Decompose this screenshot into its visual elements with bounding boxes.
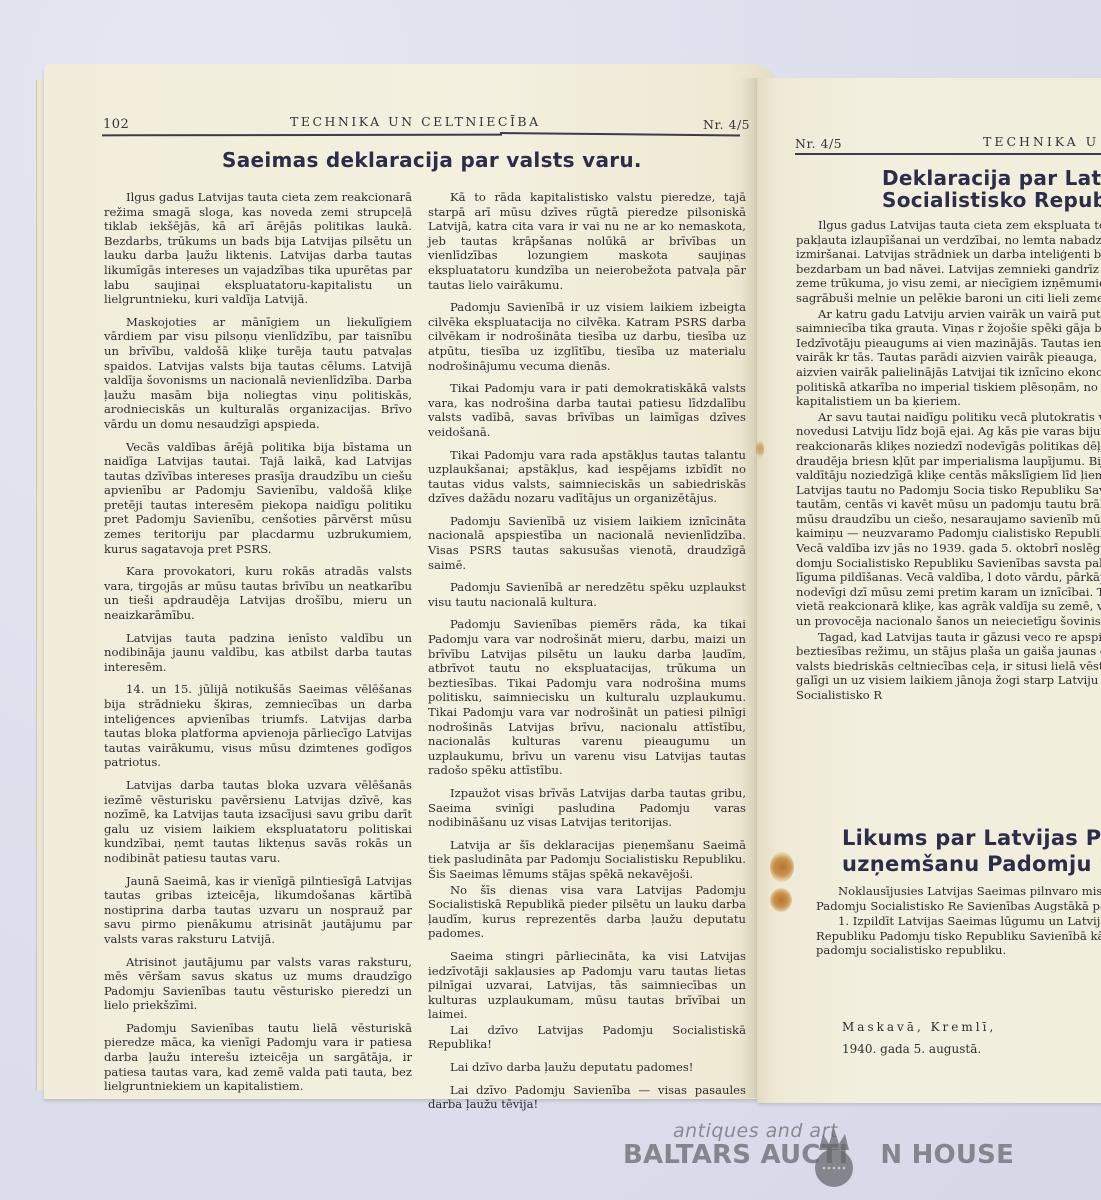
law-title-line-2: uzņemšanu Padomju S <box>842 852 1101 876</box>
rust-stain <box>756 440 764 458</box>
running-title: TECHNIKA UN CELTNIECĪBA <box>290 114 541 129</box>
article-title: Saeimas deklaracija par valsts varu. <box>222 148 642 172</box>
signature-date: 1940. gada 5. augustā. <box>842 1038 996 1060</box>
declaration-text: Ilgus gadus Latvijas tauta cieta zem eks… <box>796 218 1101 808</box>
paragraph: Lai dzīvo darba ļaužu deputatu padomes! <box>428 1060 746 1075</box>
law-title-line-1: Likums par Latvijas Pa <box>842 826 1101 850</box>
paragraph: Kara provokatori, kuru rokās atradās val… <box>104 564 412 622</box>
paragraph: Latvija ar šīs deklaracijas pieņemšanu S… <box>428 838 746 882</box>
article-column-1: Ilgus gadus Latvijas tauta cieta zem rea… <box>104 190 412 1102</box>
issue-number-right: Nr. 4/5 <box>795 136 842 151</box>
paragraph: Tagad, kad Latvijas tauta ir gāzusi veco… <box>796 630 1101 703</box>
rust-stain <box>770 852 794 882</box>
paragraph: Izpaužot visas brīvās Latvijas darba tau… <box>428 786 746 830</box>
running-title-right: TECHNIKA U <box>983 134 1099 149</box>
paragraph: Vecās valdības ārējā politika bija bīsta… <box>104 440 412 557</box>
paragraph: No šīs dienas visa vara Latvijas Padomju… <box>428 883 746 941</box>
paragraph: Saeima stingri pārliecināta, ka visi Lat… <box>428 949 746 1022</box>
paragraph: Noklausījusies Latvijas Saeimas pilnvaro… <box>816 884 1101 913</box>
paragraph: Tikai Padomju vara rada apstākļus tautas… <box>428 448 746 506</box>
paragraph: Jaunā Saeimā, kas ir vienīgā pilntiesīgā… <box>104 874 412 947</box>
paragraph: Padomju Savienībā ir uz visiem laikiem i… <box>428 300 746 373</box>
paragraph: Kā to rāda kapitalistisko valstu pieredz… <box>428 190 746 292</box>
article-column-2: Kā to rāda kapitalistisko valstu pieredz… <box>428 190 746 1120</box>
law-text: Noklausījusies Latvijas Saeimas pilnvaro… <box>816 884 1101 1004</box>
page-number: 102 <box>103 117 129 132</box>
paragraph: Padomju Savienības piemērs rāda, ka tika… <box>428 617 746 778</box>
declaration-title-line-1: Deklaracija par Latv <box>882 166 1101 190</box>
declaration-title-line-2: Socialistisko Republi <box>882 188 1101 212</box>
paragraph: Ilgus gadus Latvijas tauta cieta zem rea… <box>104 190 412 307</box>
paragraph: Ar katru gadu Latviju arvien vairāk un v… <box>796 307 1101 409</box>
header-rule-right <box>795 153 1101 155</box>
paragraph: 1. Izpildīt Latvijas Saeimas lūgumu un L… <box>816 914 1101 958</box>
paragraph: Atrisinot jautājumu par valsts varas rak… <box>104 955 412 1013</box>
paragraph: Lai dzīvo Latvijas Padomju Socialistiskā… <box>428 1023 746 1052</box>
signature-block: Maskavā, Kremlī, 1940. gada 5. augustā. <box>842 1016 996 1060</box>
paragraph: Lai dzīvo Padomju Savienība — visas pasa… <box>428 1083 746 1112</box>
paragraph: Latvijas tauta padzina ienīsto valdību u… <box>104 631 412 675</box>
paragraph: Padomju Savienībā ar neredzētu spēku uzp… <box>428 580 746 609</box>
paragraph: Ilgus gadus Latvijas tauta cieta zem eks… <box>796 218 1101 306</box>
paragraph: 14. un 15. jūlijā notikušās Saeimas vēlē… <box>104 682 412 770</box>
signature-place: Maskavā, Kremlī, <box>842 1016 996 1038</box>
paragraph: Ar savu tautai naidīgu politiku vecā plu… <box>796 410 1101 629</box>
paragraph: Tikai Padomju vara ir pati demokratiskāk… <box>428 381 746 439</box>
rust-stain <box>770 888 792 912</box>
paragraph: Latvijas darba tautas bloka uzvara vēlēš… <box>104 778 412 866</box>
paragraph: Padomju Savienības tautu lielā vēsturisk… <box>104 1021 412 1094</box>
paragraph: Padomju Savienībā uz visiem laikiem iznī… <box>428 514 746 572</box>
paragraph: Maskojoties ar mānīgiem un liekulīgiem v… <box>104 315 412 432</box>
